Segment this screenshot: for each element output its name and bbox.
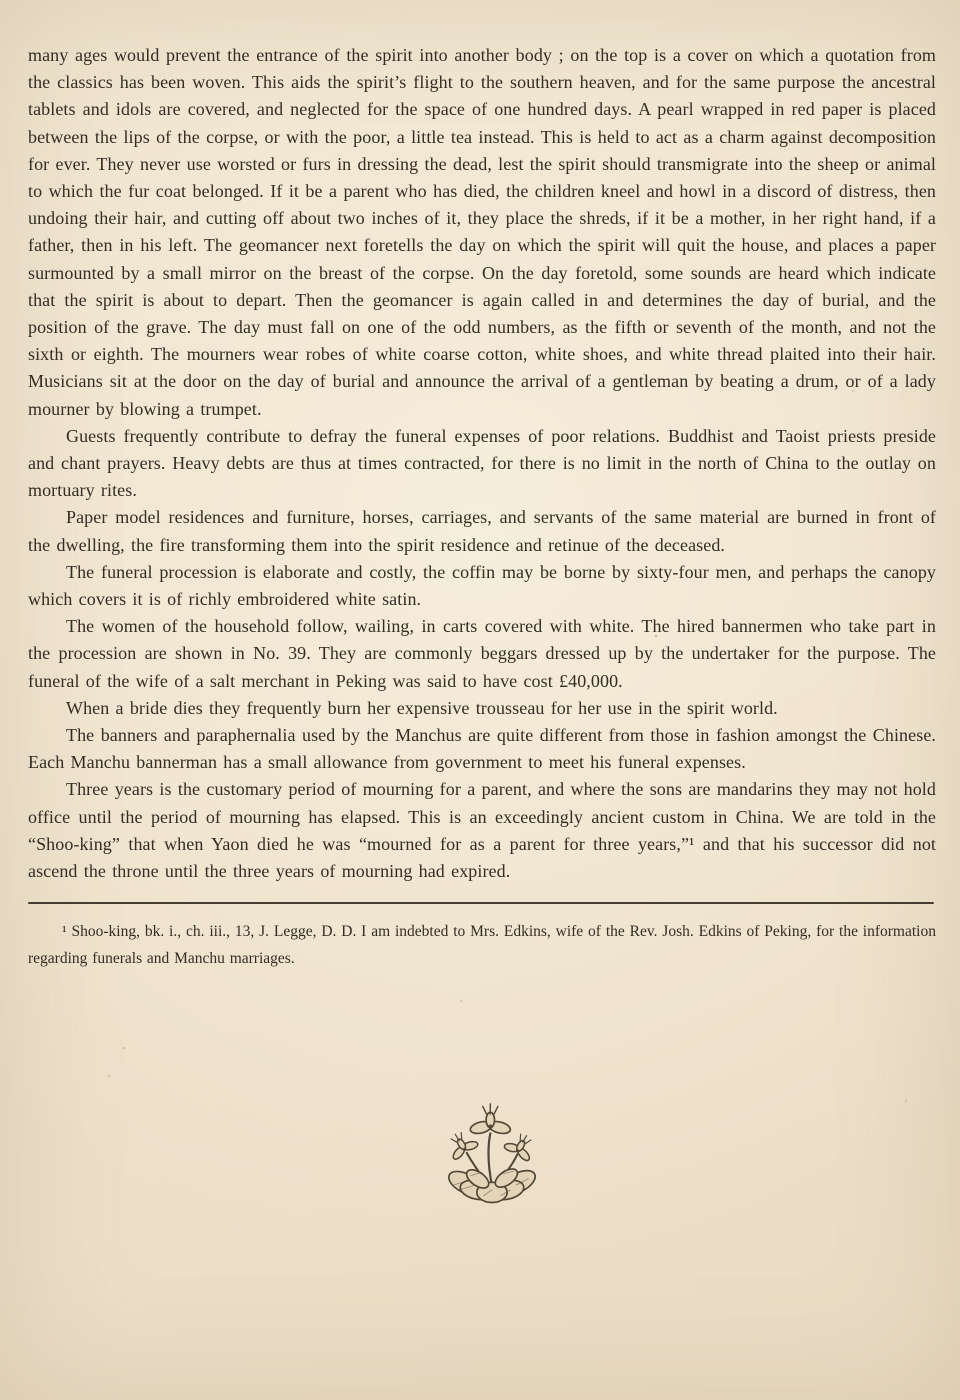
paragraph: The women of the household follow, waili… (28, 613, 936, 695)
paper-specks (0, 0, 2, 2)
paragraph: Guests frequently contribute to defray t… (28, 423, 936, 505)
paragraph: Paper model residences and furniture, ho… (28, 504, 936, 558)
paragraph: Three years is the customary period of m… (28, 776, 936, 885)
floral-woodcut-ornament (0, 1098, 960, 1216)
footnote: ¹ Shoo-king, bk. i., ch. iii., 13, J. Le… (28, 919, 936, 972)
footnote-divider (28, 902, 934, 904)
paragraph: many ages would prevent the entrance of … (28, 42, 936, 423)
flower-icon (433, 1098, 551, 1216)
paragraph: When a bride dies they frequently burn h… (28, 695, 936, 722)
book-page: many ages would prevent the entrance of … (0, 0, 960, 1400)
page-text: many ages would prevent the entrance of … (28, 42, 936, 972)
paragraph: The banners and paraphernalia used by th… (28, 722, 936, 776)
paragraph: The funeral procession is elaborate and … (28, 559, 936, 613)
